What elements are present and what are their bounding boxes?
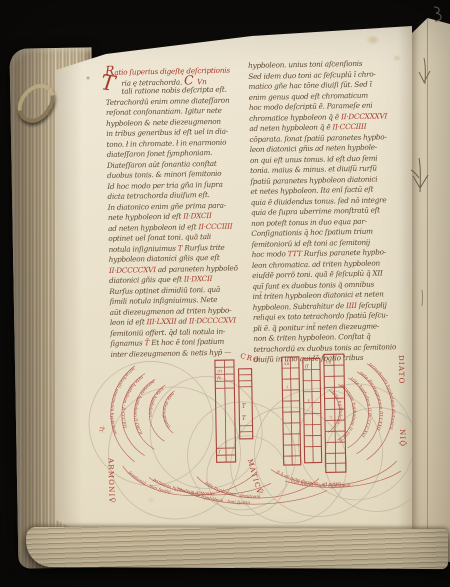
semitone-notula: T bbox=[242, 415, 247, 422]
manuscript-page: T Ratio ſuperius digeſtę deſcriptionisri… bbox=[56, 24, 412, 534]
margin-mark: T̄ꞅ bbox=[98, 426, 105, 432]
arc-label: paranete hypboleon diatonici bbox=[152, 477, 216, 498]
dust-mark bbox=[430, 4, 448, 24]
arc-label: nete hypboleon bbox=[330, 390, 343, 425]
genus-label-diatonic-top: DIATO bbox=[397, 355, 406, 385]
book-page-edges-bottom bbox=[26, 527, 448, 569]
genus-label-diatonic-bottom: NIǬ bbox=[398, 429, 406, 447]
genus-label-chromatic-bottom: MATICV̄ bbox=[246, 458, 265, 496]
underdrawing-circle bbox=[253, 387, 383, 517]
ladder-cell-glyph: ſc bbox=[216, 375, 222, 381]
ladder-cell-glyph: ɔɔ bbox=[217, 369, 223, 374]
ladder-cell-glyph: ſſ bbox=[304, 364, 310, 370]
tetrachord-diagram: ɔɔ ſc ſ T T xıı ſſ cıı ı ı· ·ı ARMONIV̄ … bbox=[56, 24, 412, 534]
underdrawing-circle bbox=[149, 376, 263, 490]
ladder-cell-glyph: xıı bbox=[284, 362, 290, 367]
folio-crease bbox=[427, 10, 428, 562]
next-folio-sliver bbox=[409, 10, 450, 562]
arc-label: nete diezeugmenon III·LXXII bbox=[358, 371, 383, 432]
genus-label-chromatic-top: CRO bbox=[239, 352, 260, 365]
semitone-notula: T bbox=[242, 403, 247, 410]
ladder-cell-glyph: ı bbox=[286, 385, 288, 390]
ladder-cell-glyph: ·ı bbox=[329, 415, 333, 420]
genus-label-enharmonic: ARMONIV̄ bbox=[107, 457, 117, 504]
manuscript-photo: T Ratio ſuperius digeſtę deſcriptionisri… bbox=[0, 0, 450, 587]
ladder-cell-glyph: ſ bbox=[217, 449, 221, 455]
ladder-cell-glyph: cıı bbox=[326, 360, 332, 365]
